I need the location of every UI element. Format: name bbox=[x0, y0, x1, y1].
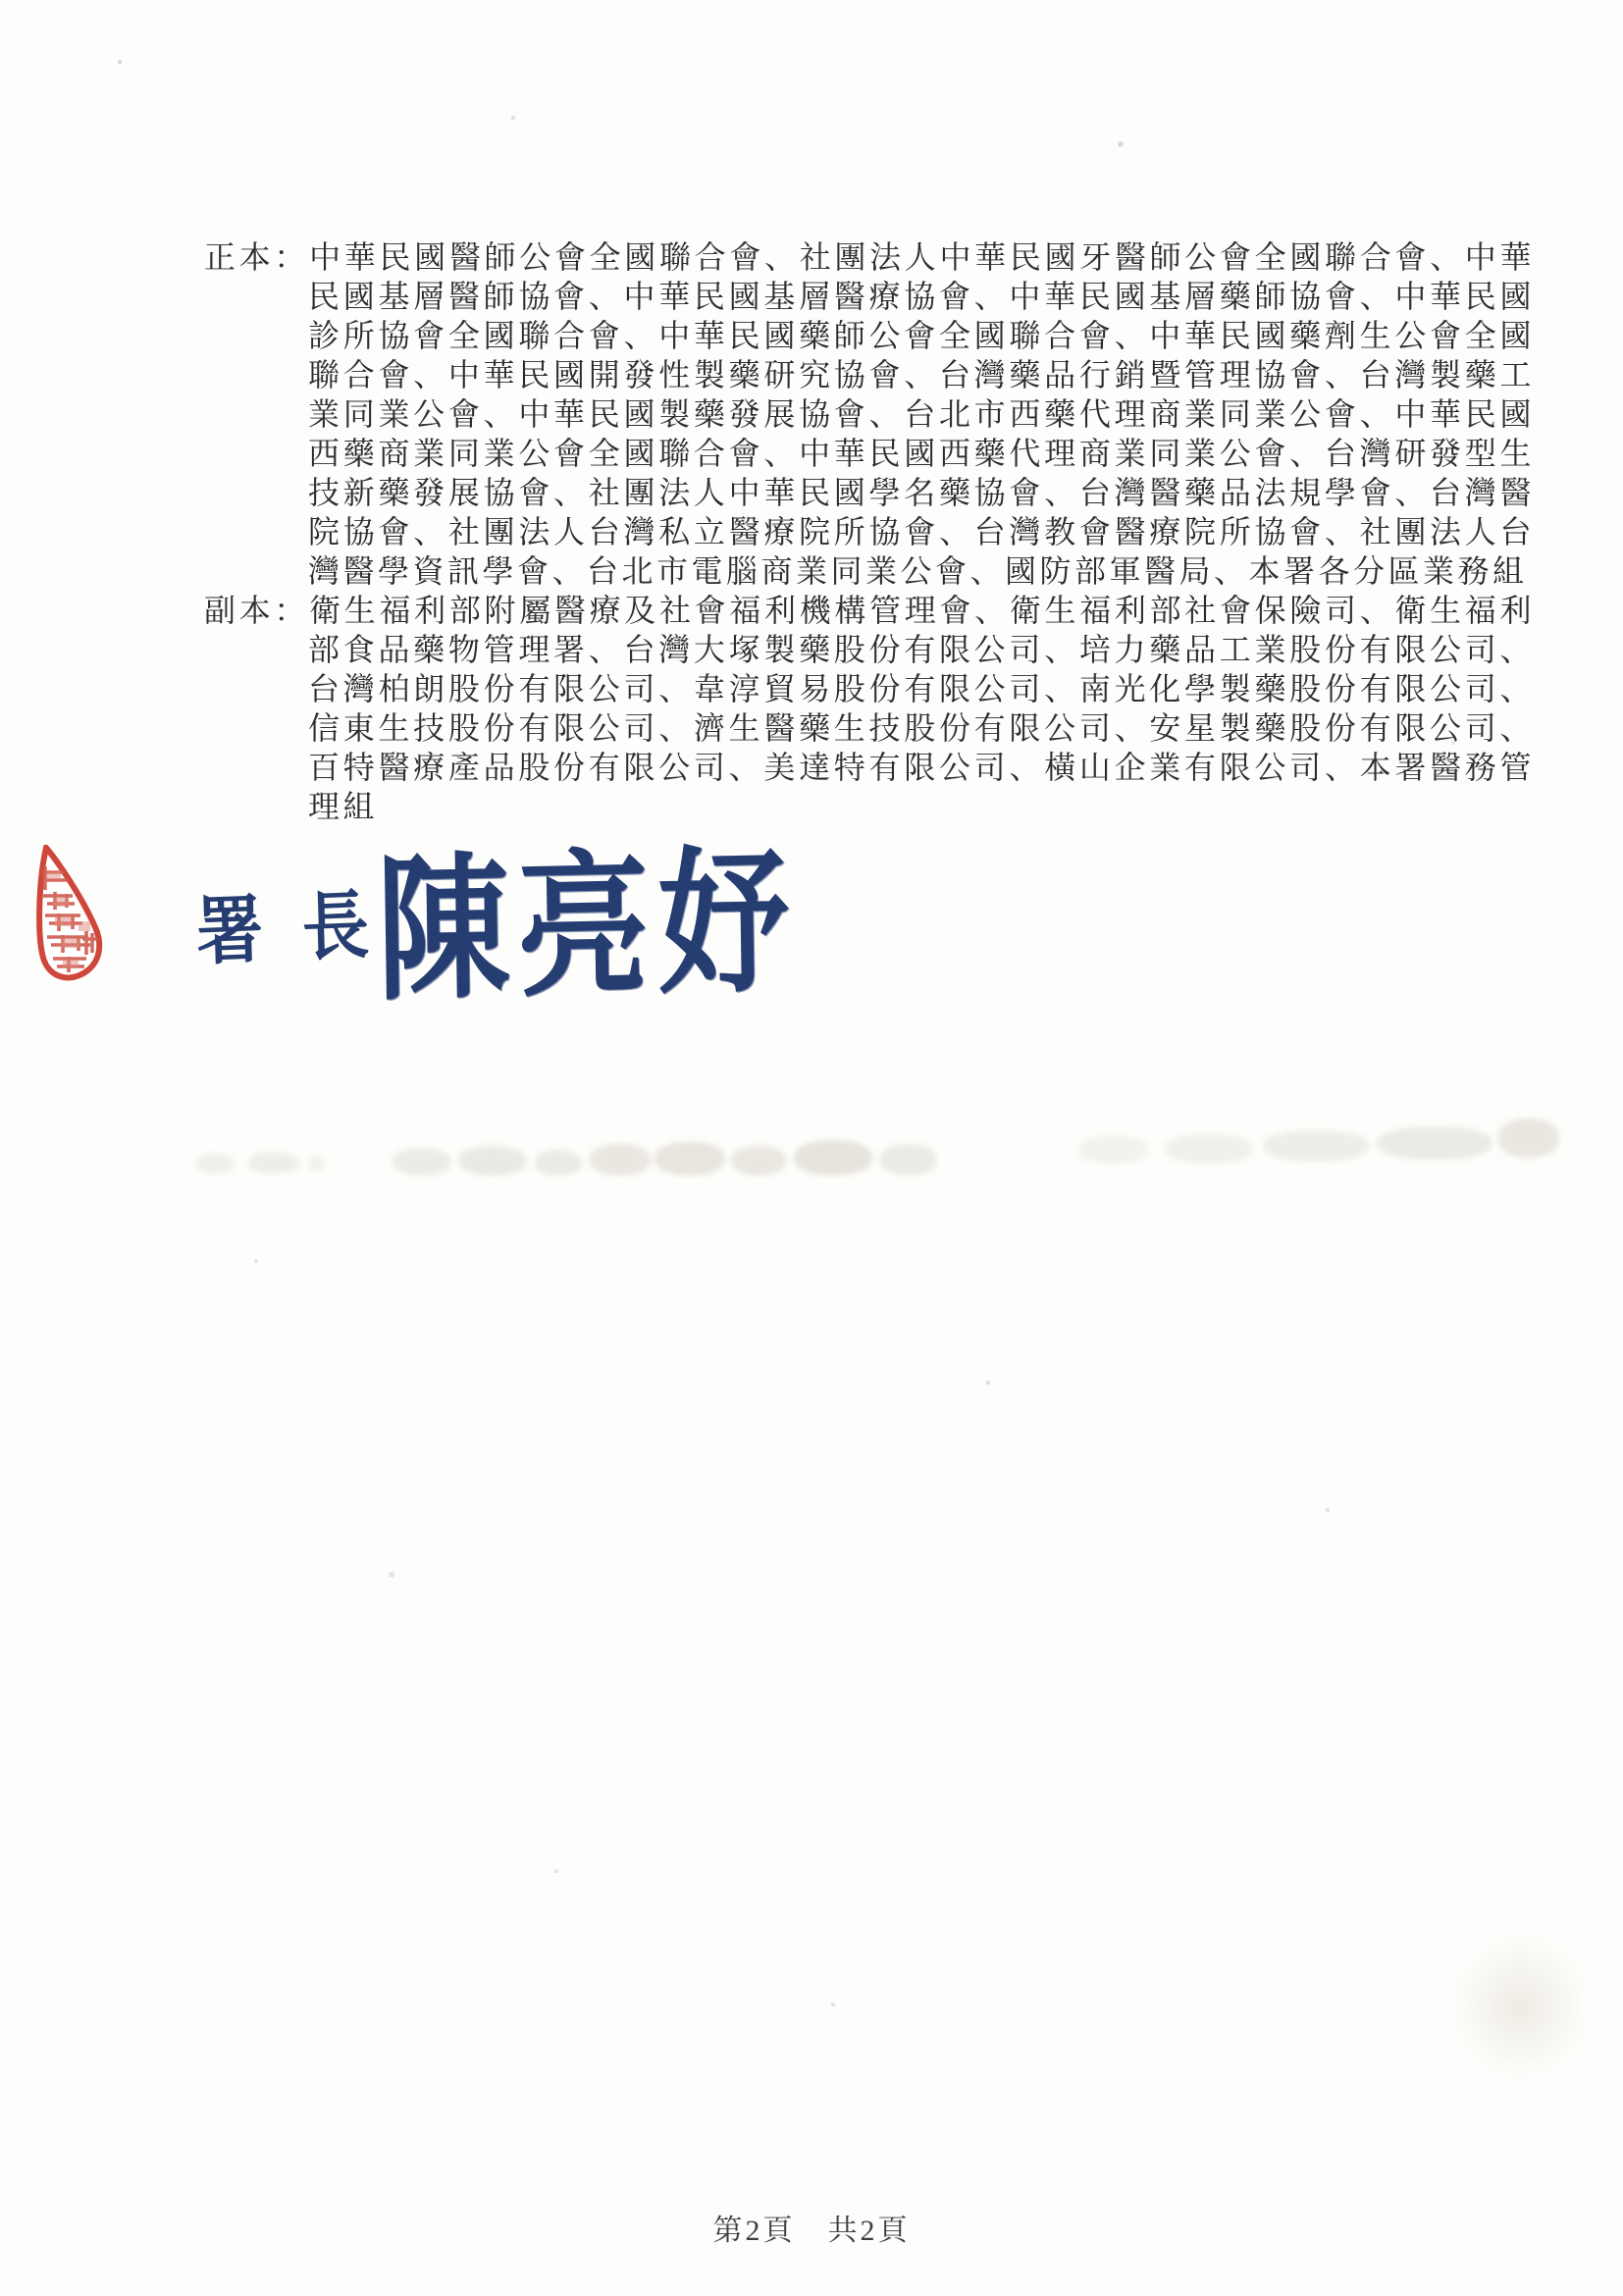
bleedthrough-smudge bbox=[880, 1144, 937, 1175]
original-copy-entry: 正本：中華民國醫師公會全國聯合會、社團法人中華民國牙醫師公會全國聯合會、中華民國… bbox=[204, 237, 1535, 591]
bleedthrough-smudge bbox=[1263, 1130, 1369, 1162]
bleedthrough-smudge bbox=[590, 1144, 651, 1175]
ink-bleedthrough-band bbox=[191, 1124, 1565, 1189]
corner-smudge bbox=[1428, 1908, 1614, 2105]
bleedthrough-smudge bbox=[535, 1150, 582, 1175]
signature-block: 署長 陳亮妤 bbox=[196, 842, 798, 1015]
official-seal-icon bbox=[35, 845, 104, 982]
bleedthrough-smudge bbox=[458, 1146, 527, 1175]
scan-specks bbox=[0, 0, 2, 2]
bleedthrough-smudge bbox=[1498, 1119, 1559, 1158]
carbon-copy-entry: 副本：衛生福利部附屬醫療及社會福利機構管理會、衛生福利部社會保險司、衛生福利部食… bbox=[204, 591, 1535, 826]
bleedthrough-smudge bbox=[393, 1148, 451, 1175]
bleedthrough-smudge bbox=[1079, 1136, 1148, 1164]
bleedthrough-smudge bbox=[309, 1156, 325, 1172]
scanned-document-page: 正本：中華民國醫師公會全國聯合會、社團法人中華民國牙醫師公會全國聯合會、中華民國… bbox=[0, 0, 1623, 2296]
page-footer: 第2頁 共2頁 bbox=[0, 2206, 1623, 2249]
bleedthrough-smudge bbox=[248, 1152, 299, 1174]
bleedthrough-smudge bbox=[731, 1146, 786, 1175]
carbon-copy-label: 副本： bbox=[204, 593, 309, 628]
original-copy-list: 中華民國醫師公會全國聯合會、社團法人中華民國牙醫師公會全國聯合會、中華民國基層醫… bbox=[308, 239, 1535, 589]
recipients-block: 正本：中華民國醫師公會全國聯合會、社團法人中華民國牙醫師公會全國聯合會、中華民國… bbox=[204, 237, 1535, 826]
bleedthrough-smudge bbox=[794, 1140, 872, 1175]
bleedthrough-smudge bbox=[196, 1154, 234, 1174]
bleedthrough-smudge bbox=[1165, 1134, 1253, 1164]
bleedthrough-smudge bbox=[654, 1142, 725, 1175]
bleedthrough-smudge bbox=[1377, 1126, 1492, 1160]
director-general-signature: 陳亮妤 bbox=[376, 846, 799, 1011]
carbon-copy-list: 衛生福利部附屬醫療及社會福利機構管理會、衛生福利部社會保險司、衛生福利部食品藥物… bbox=[308, 593, 1535, 824]
original-copy-label: 正本： bbox=[204, 239, 309, 275]
